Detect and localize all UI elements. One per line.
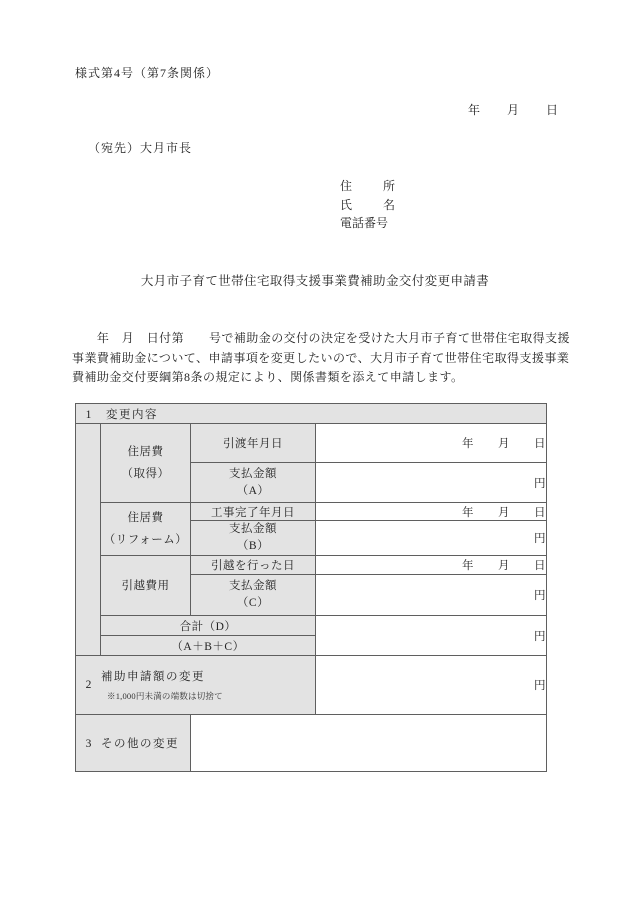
section1-header-cell: 1変更内容 xyxy=(76,404,547,424)
date-field[interactable]: 年 月 日 xyxy=(468,101,559,118)
name-label: 氏名 xyxy=(340,196,395,215)
category-housing-acquisition-line1: 住居費 xyxy=(101,441,190,463)
category-housing-reform-line2: （リフォーム） xyxy=(101,529,190,551)
paragraph-line-2: 事業費補助金について、申請事項を変更したいので、大月市子育て世帯住宅取得支援事業 xyxy=(72,349,572,369)
field-total-amount[interactable]: 円 xyxy=(316,616,547,656)
label-payment-amount-c-line1: 支払金額 xyxy=(191,578,315,595)
body-paragraph: 年 月 日付第 号で補助金の交付の決定を受けた大月市子育て世帯住宅取得支援 事業… xyxy=(72,329,572,388)
application-form-page: 様式第4号（第7条関係） 年 月 日 （宛先）大月市長 住所 氏名 電話番号 大… xyxy=(0,0,630,903)
label-payment-amount-b-line2: （B） xyxy=(191,538,315,555)
label-payment-amount-a: 支払金額 （A） xyxy=(191,463,316,503)
category-housing-reform: 住居費 （リフォーム） xyxy=(101,503,191,556)
addressee: （宛先）大月市長 xyxy=(88,139,192,156)
field-payment-amount-b[interactable]: 円 xyxy=(316,521,547,556)
section2-rounding-note: ※1,000円未満の端数は切捨て xyxy=(101,690,223,702)
section2-title: 補助申請額の変更 xyxy=(101,668,223,684)
applicant-block: 住所 氏名 電話番号 xyxy=(340,177,395,233)
field-payment-amount-a[interactable]: 円 xyxy=(316,463,547,503)
address-label: 住所 xyxy=(340,177,395,196)
category-moving-expenses-line1: 引越費用 xyxy=(101,575,190,597)
address-label-char: 住 xyxy=(340,177,352,196)
label-handover-date: 引渡年月日 xyxy=(191,424,316,463)
name-label-char: 氏 xyxy=(340,196,352,215)
category-housing-acquisition: 住居費 （取得） xyxy=(101,424,191,503)
paragraph-line-3: 費補助金交付要綱第8条の規定により、関係書類を添えて申請します。 xyxy=(72,368,572,388)
label-payment-amount-b: 支払金額 （B） xyxy=(191,521,316,556)
field-handover-date[interactable]: 年 月 日 xyxy=(316,424,547,463)
phone-label: 電話番号 xyxy=(340,214,395,233)
field-other-changes[interactable] xyxy=(191,715,547,772)
category-housing-acquisition-line2: （取得） xyxy=(101,463,190,485)
section3-header-cell: 3その他の変更 xyxy=(76,715,191,772)
label-total-formula: （A＋B＋C） xyxy=(101,636,316,656)
label-payment-amount-a-line2: （A） xyxy=(191,483,315,500)
paragraph-line-1: 年 月 日付第 号で補助金の交付の決定を受けた大月市子育て世帯住宅取得支援 xyxy=(72,329,572,349)
address-label-char: 所 xyxy=(383,177,395,196)
document-title: 大月市子育て世帯住宅取得支援事業費補助金交付変更申請書 xyxy=(0,271,630,289)
label-construction-completion-date: 工事完了年月日 xyxy=(191,503,316,521)
section1-title: 変更内容 xyxy=(106,409,158,421)
field-moving-date[interactable]: 年 月 日 xyxy=(316,556,547,575)
section1-number: 1 xyxy=(76,409,101,421)
section2-header-cell: 2 補助申請額の変更 ※1,000円未満の端数は切捨て xyxy=(76,656,316,715)
section1-gutter-cell xyxy=(76,424,101,656)
field-payment-amount-c[interactable]: 円 xyxy=(316,575,547,616)
section2-number: 2 xyxy=(76,679,101,691)
category-moving-expenses: 引越費用 xyxy=(101,556,191,616)
change-details-table: 1変更内容 住居費 （取得） 引渡年月日 年 月 日 支払金額 （A） 円 住居… xyxy=(75,403,547,772)
section3-number: 3 xyxy=(76,738,101,750)
form-number: 様式第4号（第7条関係） xyxy=(75,64,219,81)
label-payment-amount-a-line1: 支払金額 xyxy=(191,466,315,483)
category-housing-reform-line1: 住居費 xyxy=(101,507,190,529)
label-payment-amount-b-line1: 支払金額 xyxy=(191,521,315,538)
field-subsidy-change-amount[interactable]: 円 xyxy=(316,656,547,715)
label-payment-amount-c: 支払金額 （C） xyxy=(191,575,316,616)
name-label-char: 名 xyxy=(383,196,395,215)
label-payment-amount-c-line2: （C） xyxy=(191,595,315,612)
field-construction-completion-date[interactable]: 年 月 日 xyxy=(316,503,547,521)
label-moving-date: 引越を行った日 xyxy=(191,556,316,575)
section3-title: その他の変更 xyxy=(101,738,179,750)
label-total-d: 合計（D） xyxy=(101,616,316,636)
